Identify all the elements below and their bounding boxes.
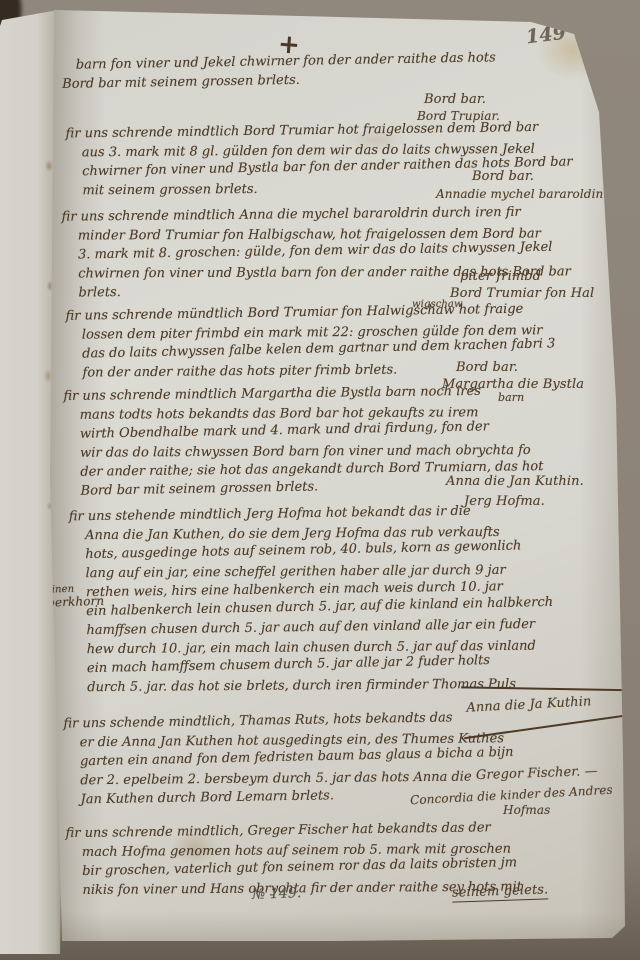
text-line: fir uns schrende mindtlich Anna die mych… xyxy=(62,202,571,226)
margin-note-jerg-hofma: Jerg Hofma. xyxy=(464,494,545,509)
margin-note-bord-bar-2: Bord bar. xyxy=(472,169,534,184)
page-edge-shade xyxy=(580,0,640,960)
margin-note-bord-trumiar: Bord Trumiar fon Hal xyxy=(450,286,594,301)
text-line: wir das do laits chwyssen Bord barn fon … xyxy=(80,441,543,463)
margin-note-piter-frimbd: piter frimbd xyxy=(460,269,541,284)
margin-note-hofmas: Hofmas xyxy=(503,803,550,817)
bottom-folio-notation: № 149. xyxy=(252,885,302,903)
manuscript-photo: + 149 barn fon viner und Jekel chwirner … xyxy=(0,0,640,960)
margin-note-bord-trupiar: Bord Trupiar. xyxy=(417,109,500,123)
text-line: lang auf ein jar, eine scheffel gerithen… xyxy=(86,560,553,583)
margin-note-bord-bar-1: Bord bar. xyxy=(424,92,486,107)
margin-note-margartha-bystla: Margartha die Bystla xyxy=(442,377,584,392)
underlined-closing: seinem gelets. xyxy=(452,882,549,902)
paragraph-5: fir uns stehende mindtlich Jerg Hofma ho… xyxy=(69,501,555,698)
margin-note-anna-mychel: Annadie mychel bararoldin. xyxy=(436,187,607,201)
margin-note-wigschaw-interlinear: wigschaw xyxy=(412,299,463,310)
opening-lines: barn fon viner und Jekel chwirner fon de… xyxy=(76,48,496,93)
margin-note-barn: barn xyxy=(498,391,524,404)
manuscript-page: + 149 barn fon viner und Jekel chwirner … xyxy=(0,0,640,960)
margin-note-bord-bar-3: Bord bar. xyxy=(456,360,518,375)
margin-note-anna-jan-kuthin: Anna die Jan Kuthin. xyxy=(446,474,584,489)
bottom-shade xyxy=(40,912,630,952)
